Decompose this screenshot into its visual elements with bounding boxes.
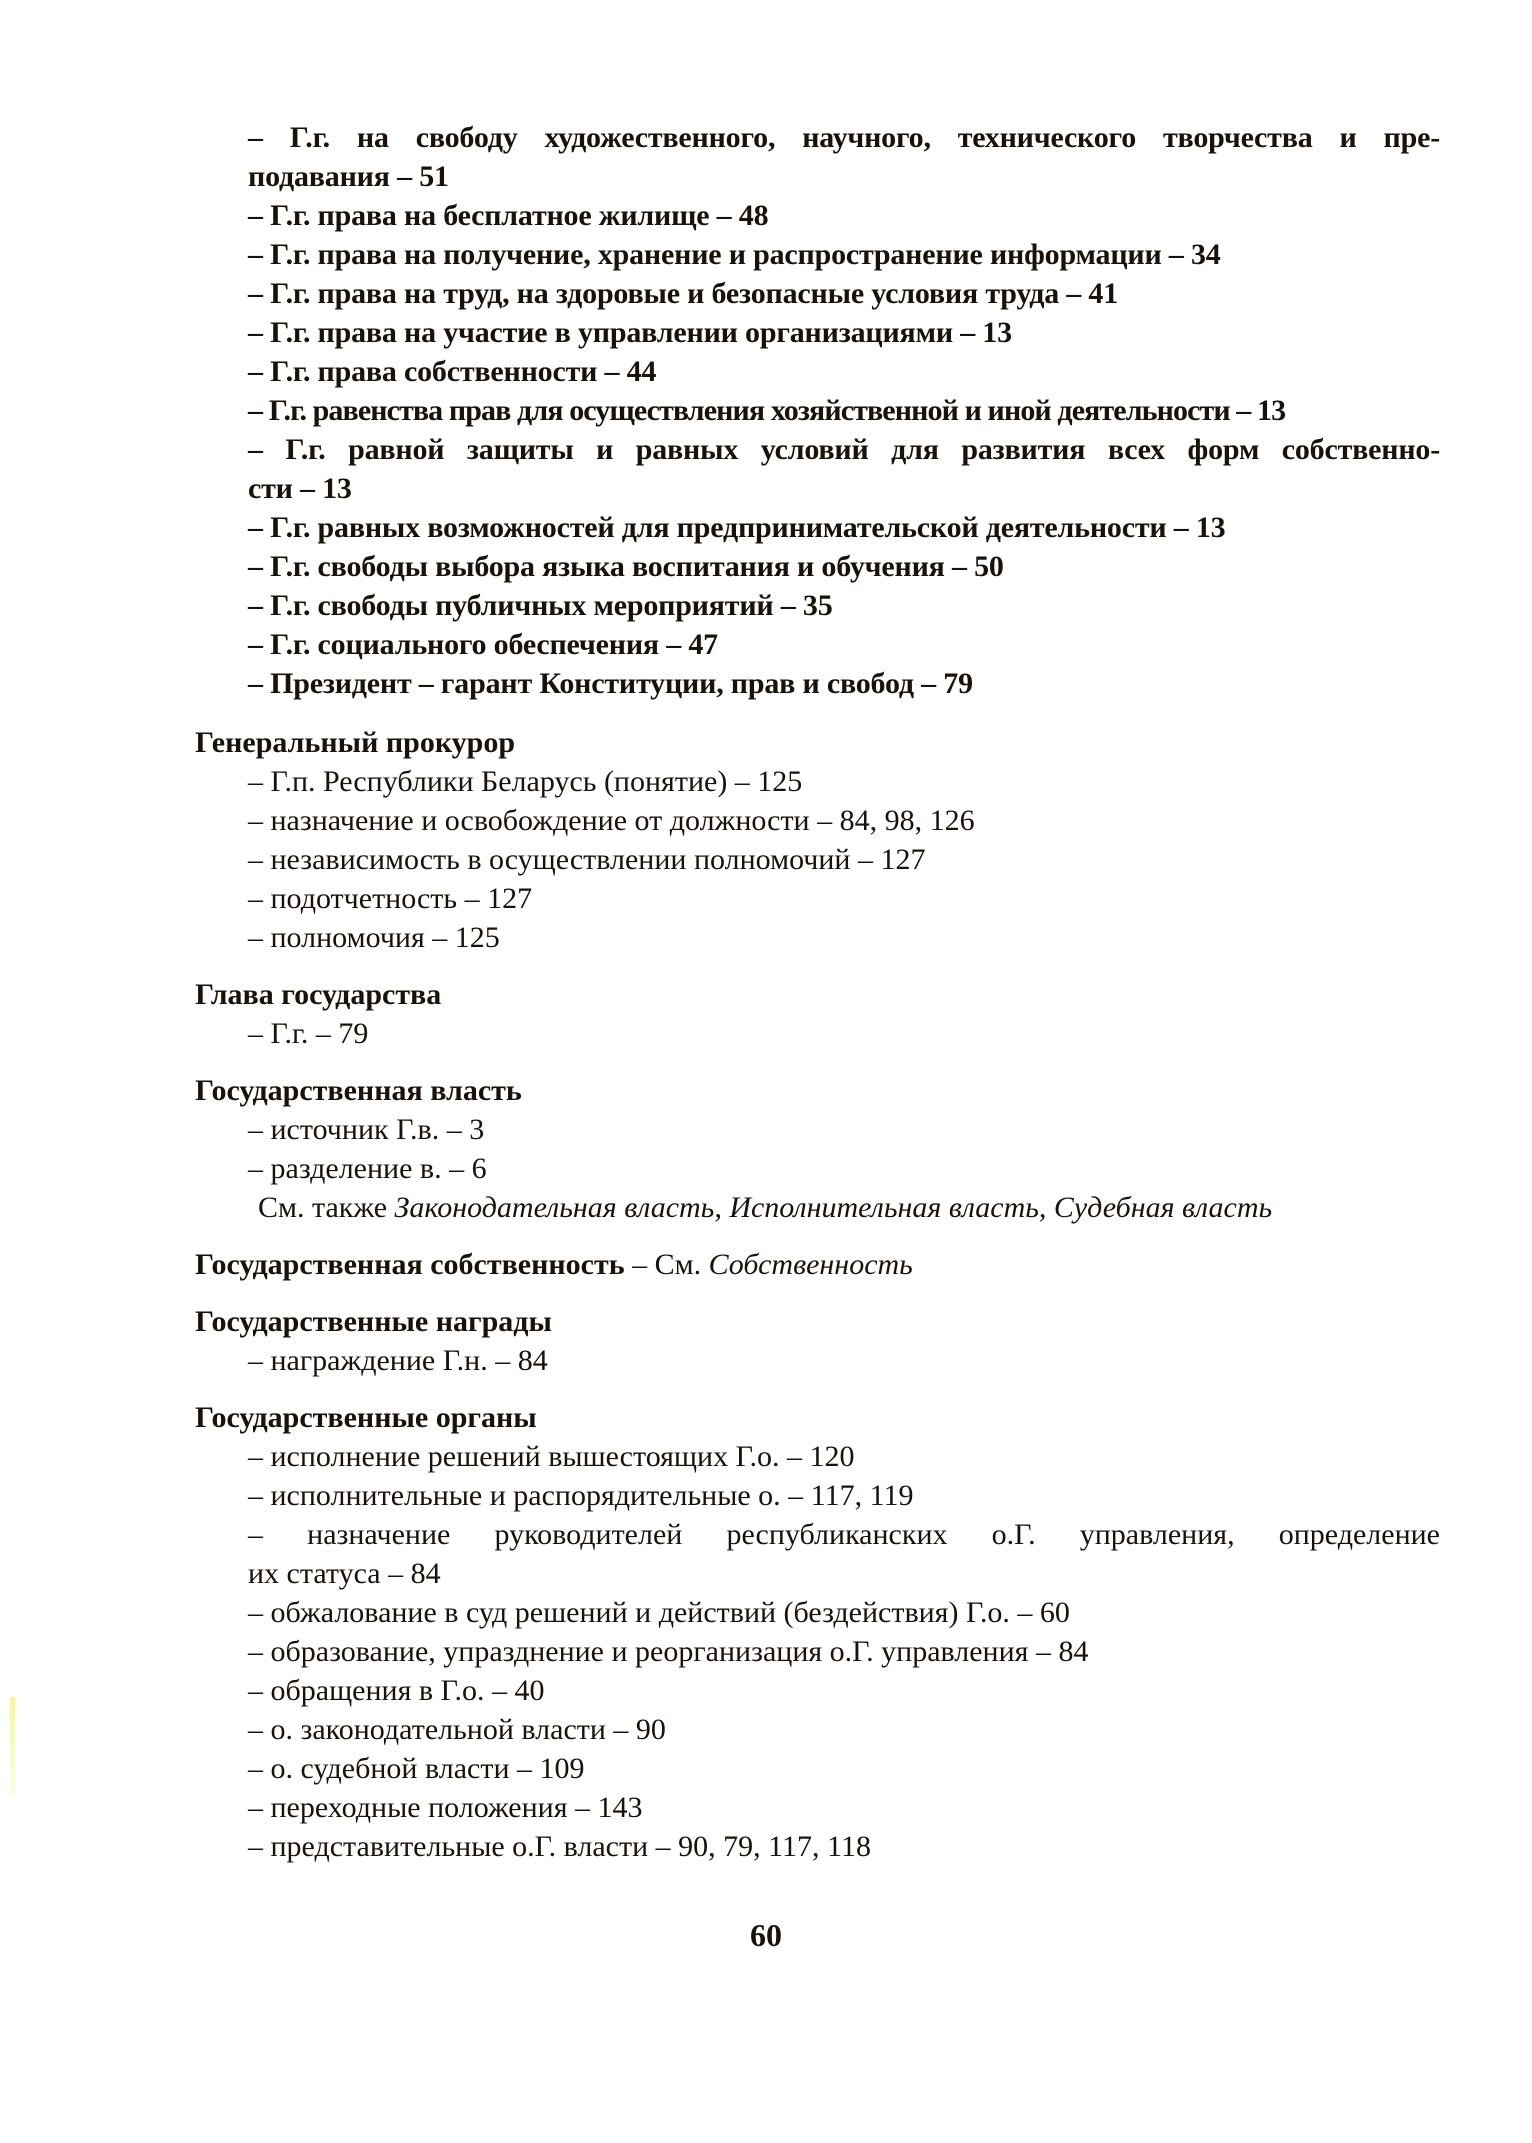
sub-entry: – награждение Г.н. – 84 [195,1341,1440,1380]
index-line: – Г.г. равной защиты и равных условий дл… [195,430,1440,469]
index-page: – Г.г. на свободу художественного, научн… [195,118,1440,1866]
index-entry-state-power: Государственная власть – источник Г.в. –… [195,1071,1440,1227]
sub-entry: – о. законодательной власти – 90 [195,1710,1440,1749]
entry-heading: Генеральный прокурор [195,723,1440,762]
sub-entry: – назначение руководителей республиканск… [195,1515,1440,1554]
sub-entry: – назначение и освобождение от должности… [195,801,1440,840]
index-line: – Г.г. равных возможностей для предприни… [195,508,1440,547]
entry-heading: Государственные органы [195,1398,1440,1437]
see-label: – См. [625,1248,709,1281]
sub-entry: – независимость в осуществлении полномоч… [195,840,1440,879]
index-entry-state-awards: Государственные награды – награждение Г.… [195,1302,1440,1380]
index-line: – Г.г. социального обеспечения – 47 [195,625,1440,664]
sub-entry: – обращения в Г.о. – 40 [195,1671,1440,1710]
see-also-reference: См. также Законодательная власть, Исполн… [195,1188,1440,1227]
entry-heading: Государственные награды [195,1302,1440,1341]
sub-entry: – полномочия – 125 [195,918,1440,957]
sub-entry-continuation: их статуса – 84 [195,1554,1440,1593]
index-line: – Г.г. права на участие в управлении орг… [195,313,1440,352]
sub-entry: – подотчетность – 127 [195,879,1440,918]
sub-entry: – о. судебной власти – 109 [195,1749,1440,1788]
index-entry-state-bodies: Государственные органы – исполнение реше… [195,1398,1440,1866]
continued-entry: – Г.г. на свободу художественного, научн… [195,118,1440,703]
index-entry-head-of-state: Глава государства – Г.г. – 79 [195,975,1440,1053]
index-line: сти – 13 [195,469,1440,508]
entry-heading: Государственная собственность [195,1248,625,1281]
scan-artifact [10,1697,15,1797]
entry-heading: Глава государства [195,975,1440,1014]
index-line: подавания – 51 [195,157,1440,196]
sub-entry: – представительные о.Г. власти – 90, 79,… [195,1827,1440,1866]
sub-entry: – исполнение решений вышестоящих Г.о. – … [195,1437,1440,1476]
index-line: – Г.г. права на бесплатное жилище – 48 [195,196,1440,235]
index-entry-prosecutor-general: Генеральный прокурор – Г.п. Республики Б… [195,723,1440,957]
index-line: – Президент – гарант Конституции, прав и… [195,664,1440,703]
sub-entry: – Г.г. – 79 [195,1014,1440,1053]
index-line: – Г.г. права собственности – 44 [195,352,1440,391]
index-line: – Г.г. равенства прав для осуществления … [195,391,1440,430]
sub-entry: – образование, упразднение и реорганизац… [195,1632,1440,1671]
index-line: – Г.г. свободы выбора языка воспитания и… [195,547,1440,586]
entry-heading-line: Государственная собственность – См. Собс… [195,1245,1440,1284]
index-line: – Г.г. права на получение, хранение и ра… [195,235,1440,274]
sub-entry: – Г.п. Республики Беларусь (понятие) – 1… [195,762,1440,801]
page-number: 60 [0,1917,1532,1954]
sub-entry: – обжалование в суд решений и действий (… [195,1593,1440,1632]
sub-entry: – исполнительные и распорядительные о. –… [195,1476,1440,1515]
index-line: – Г.г. права на труд, на здоровые и безо… [195,274,1440,313]
see-also-targets[interactable]: Законодательная власть, Исполнительная в… [395,1191,1273,1224]
index-line: – Г.г. на свободу художественного, научн… [195,118,1440,157]
index-line: – Г.г. свободы публичных мероприятий – 3… [195,586,1440,625]
index-entry-state-property: Государственная собственность – См. Собс… [195,1245,1440,1284]
see-target[interactable]: Собственность [709,1248,913,1281]
see-also-label: См. также [258,1191,395,1224]
entry-heading: Государственная власть [195,1071,1440,1110]
sub-entry: – источник Г.в. – 3 [195,1110,1440,1149]
sub-entry: – переходные положения – 143 [195,1788,1440,1827]
sub-entry: – разделение в. – 6 [195,1149,1440,1188]
